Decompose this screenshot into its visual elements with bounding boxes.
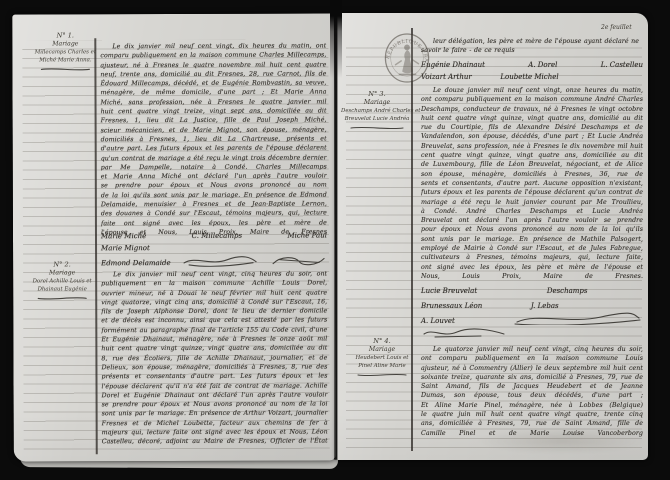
note-underline-flourish [39,67,91,73]
registry-scan: N° 1. Mariage Millecamps Charles et Mich… [0,0,670,480]
signature: A. Dorel [528,61,557,69]
margin-rule-line [94,38,97,454]
manuscript-line: soixante treize, quarante six ans, domic… [421,373,643,382]
manuscript-line: se prendre pour époux et Nous avons pron… [101,181,327,191]
signature: Brunessaux Léon [421,302,482,310]
signature: A. Louvet [421,317,455,325]
left-page: N° 1. Mariage Millecamps Charles et Mich… [12,13,336,461]
manuscript-line: ans, domiciliée à Fresnes, 79, rue de Sa… [421,419,643,428]
margin-note-act1: N° 1. Mariage Millecamps Charles et Mich… [34,31,96,73]
manuscript-line: Le douze janvier mil neuf cent vingt, on… [421,86,643,95]
act1-text: Le dix janvier mil neuf cent vingt, dix … [100,41,327,237]
act-parties: Heudebert Louis et [349,354,415,362]
act-type: Mariage [349,346,415,355]
note-underline-flourish [349,125,405,131]
act-number: N° 2. [27,260,97,269]
manuscript-line: et de décès est inconnu, ainsi que cela … [101,316,327,326]
signature-flourish [513,311,643,325]
act2-continuation-text: leur délégation, les père et mère de l'é… [421,37,643,56]
manuscript-line: employé de Mairie à Condé sur l'Escaut, … [421,244,643,253]
manuscript-line: futurs époux et les parents de l'épouse … [421,188,643,197]
manuscript-line: cent quatre vingt quinze, vingt quatre a… [421,151,643,160]
manuscript-line: pour époux et Nous avons prononcé au nom… [421,225,643,234]
note-underline-flourish [36,296,88,302]
signature-row: Lucie Breuvelat Deschamps [421,283,588,295]
signature: Marie Mignot [101,244,150,252]
act-parties: Dorel Achille Louis et [27,277,97,285]
signature-flourish [269,253,327,266]
binding-clip-shadow [330,0,342,78]
act1-signatures: Marie Miché C. Millecamps Miché Paul Mar… [101,227,327,267]
signature-row: A. Louvet [421,310,643,325]
manuscript-line: huit cent quatre vingt quinze, vingt qua… [421,114,643,123]
act-parties: Millecamps Charles et [34,48,96,56]
manuscript-line: ménagère, de même domicile, d'une part ;… [100,88,326,98]
manuscript-line: Vandalendon, son épouse, décédés, d'une … [421,132,643,141]
act-number: N° 4. [349,337,415,346]
manuscript-line: comparu publiquement en la maison commun… [100,51,326,61]
manuscript-line: Le quatorze janvier mil neuf cent vingt,… [421,345,643,354]
signature-row: Brunessaux Léon J. Lebas [421,295,559,310]
act2-signatures: Eugénie Dhainaut A. Dorel L. Castelleu V… [421,57,643,81]
act-type: Mariage [27,269,97,278]
act-parties: Breuvelat Lucie Andréa [341,115,413,123]
manuscript-line: ont comparu publiquement en la maison co… [421,354,643,363]
margin-note-act2: N° 2. Mariage Dorel Achille Louis et Dha… [27,260,97,302]
signature-row: Eugénie Dhainaut A. Dorel L. Castelleu [421,57,643,69]
manuscript-line: Deschamps, conducteur de travaux, né à F… [421,105,643,114]
manuscript-line: le quatre juin mil huit cent quatre ving… [421,410,643,419]
manuscript-line: ont comparu publiquement en la maison co… [421,95,643,104]
signature-row: Marie Mignot [101,239,327,252]
margin-note-act4: N° 4. Mariage Heudebert Louis et Pinel A… [349,337,415,378]
manuscript-line: Breuvelat, sans profession, née à Fresne… [421,142,643,151]
act-parties: Dhainaut Eugénie [27,285,97,293]
manuscript-line: Saint Amand, fils de Jacques Heudebert e… [421,382,643,391]
act-type: Mariage [341,99,413,108]
manuscript-line: ajusteur, né à Commentry (Allier) le deu… [421,364,643,373]
act2-text: Le dix janvier mil neuf cent vingt, cinq… [101,269,328,446]
manuscript-line: Camille Pinel et de Marie Louise Vancobe… [421,429,643,438]
signature: L. Castelleu [601,61,643,69]
act3-signatures: Lucie Breuvelat Deschamps Brunessaux Léo… [421,283,643,339]
manuscript-line: leur délégation, les père et mère de l'é… [421,37,643,46]
republique-francaise-stamp-icon: RÉPUBLIQUE FRANÇAISE [383,31,431,85]
signature: J. Lebas [531,302,559,310]
sheet-corner-note: 2e feuillet [601,24,632,31]
manuscript-line: son épouse, ménagère, domiciliés à Fresn… [421,170,643,179]
manuscript-line: présents et consentants d'autre part. Le… [101,372,327,382]
manuscript-line: d'autre part. Les futurs époux et les pa… [101,144,327,154]
signature-flourish [181,254,259,267]
signature: Deschamps [547,287,588,295]
manuscript-line: Fresnes, 1, lieu dit La Justice, fille d… [101,116,327,126]
act-number: N° 3. [341,90,413,99]
page-gutter-fold [334,13,338,460]
signature-row [421,325,521,339]
manuscript-line: publiquement en la maison commune Achill… [101,279,327,289]
signature: Lucie Breuvelat [421,287,477,295]
signature-row: Marie Miché C. Millecamps Miché Paul [101,227,327,240]
act-parties: Pinel Aline Marie [349,362,415,370]
act-parties: Miché Marie Anna. [34,56,96,64]
signature-flourish [421,326,507,339]
manuscript-line: sont unis par le mariage. En présence de… [421,235,643,244]
act-parties: Deschamps André Charles et [341,107,413,115]
signature: Loubette Michel [500,73,558,81]
act-type: Mariage [34,40,96,49]
manuscript-line: Dumas, son épouse, tous deux décédés, d'… [421,391,643,400]
signature: Miché Paul [287,231,327,239]
manuscript-line: Castelleu, décoré, adjoint au Maire de F… [102,437,328,447]
note-underline-flourish [356,372,408,378]
manuscript-line: sont unis par le mariage. En présence de… [102,409,328,419]
act3-text: Le douze janvier mil neuf cent vingt, on… [421,86,643,281]
manuscript-line: Breuvelat ont déclaré l'un après l'autre… [421,216,643,225]
manuscript-line: des douanes à Condé sur l'Escaut, témoin… [101,209,327,219]
signature: C. Millecamps [192,232,242,240]
manuscript-line: savoir le faire - de ce requis [421,46,643,55]
manuscript-line: Et Aline Marie Pinel, ménagère, née à Lo… [421,401,643,410]
manuscript-line: huit cent quatre vingt quinze, vingt qua… [101,344,327,354]
signature-row: Voizart Arthur Loubette Michel [421,69,559,81]
manuscript-line: cultivateurs à Fresnes, témoins majeurs,… [421,253,643,262]
margin-note-act3: N° 3. Mariage Deschamps André Charles et… [341,90,413,131]
manuscript-line: ont signé avec les époux, les père et mè… [421,263,643,272]
act-number: N° 1. [34,31,96,40]
manuscript-line: mariage a été reçu le huit janvier coura… [421,198,643,207]
act4-text: Le quatorze janvier mil neuf cent vingt,… [421,345,643,438]
manuscript-line: de Luxembourg, fille de Léon Breuvelat, … [421,160,643,169]
manuscript-line: Nous, Louis Proix, Maire de Fresnes. [421,272,643,281]
signature: Marie Miché [101,232,146,240]
signature-row: Edmond Delamaide [101,251,327,267]
signature: Edmond Delamaide [101,259,171,267]
manuscript-line: rue du Courtipie, fils de Alexandre Dési… [421,123,643,132]
manuscript-line: à Condé. André Charles Deschamps et Luci… [421,207,643,216]
manuscript-line: sents et consentants, d'autre part. Aucu… [421,179,643,188]
